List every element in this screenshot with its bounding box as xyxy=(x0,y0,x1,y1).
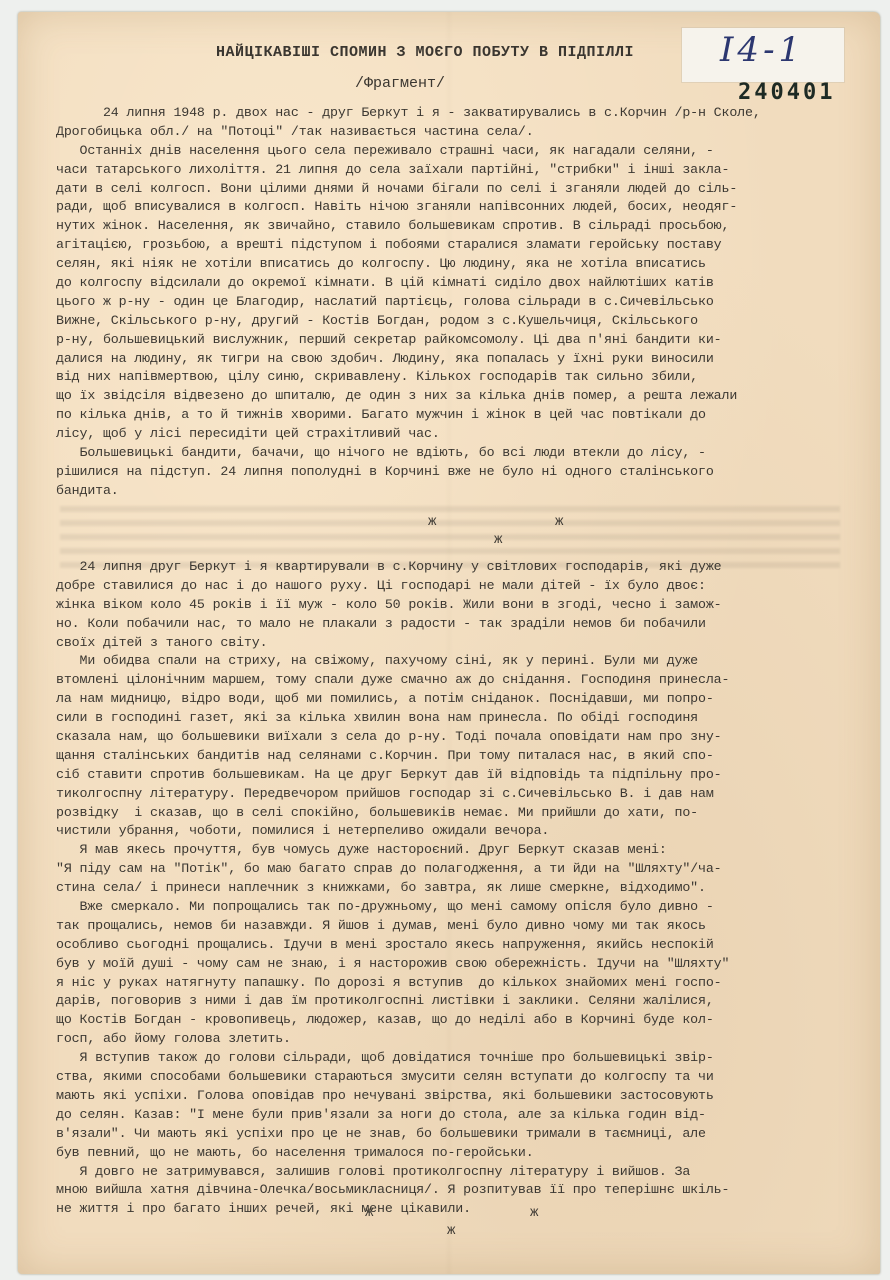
text-line: бандита. xyxy=(56,482,890,501)
text-line: що їх звідсіля відвезено до шпиталю, де … xyxy=(56,387,890,406)
text-line: ла нам мидницю, відро води, щоб ми помил… xyxy=(56,690,890,709)
text-line: до селян. Казав: "І мене були прив'язали… xyxy=(56,1106,890,1125)
text-line: був певний, що не мають, бо населення тр… xyxy=(56,1144,890,1163)
text-line: Дрогобицька обл./ на "Потоці" /так назив… xyxy=(56,123,890,142)
text-line: сили в господині газет, які за кілька хв… xyxy=(56,709,890,728)
text-line: добре ставилися до нас і до нашого руху.… xyxy=(56,577,890,596)
text-line: дати в селі колгосп. Вони цілими днями й… xyxy=(56,180,890,199)
text-line: в'язали". Чи мають які успіхи про це не … xyxy=(56,1125,890,1144)
text-line: до колгоспу відсилали до окремої кімнати… xyxy=(56,274,890,293)
archive-label: І4-1 xyxy=(720,30,804,70)
text-line: втомлені цілонічним маршем, тому спали д… xyxy=(56,671,890,690)
text-line: Останніх днів населення цього села переж… xyxy=(56,142,890,161)
text-line: цього ж р-ну - один це Благодир, наслати… xyxy=(56,293,890,312)
text-line: Вже смеркало. Ми попрощались так по-друж… xyxy=(56,898,890,917)
text-line: від них напівмертвою, цілу синю, скривав… xyxy=(56,368,890,387)
text-line: дарів, поговорив з ними і дав їм протико… xyxy=(56,992,890,1011)
body-text-part1: 24 липня 1948 р. двох нас - друг Беркут … xyxy=(56,104,890,501)
text-line: я ніс у руках натягнуту папашку. По доро… xyxy=(56,974,890,993)
text-line: особливо сьогодні прощались. Ідучи в мен… xyxy=(56,936,890,955)
text-line: Ми обидва спали на стриху, на свіжому, п… xyxy=(56,652,890,671)
text-line: розвідку і сказав, що в селі спокійно, б… xyxy=(56,804,890,823)
text-line: Я вступив також до голови сільради, щоб … xyxy=(56,1049,890,1068)
text-line: щання сталінських бандитів над селянами … xyxy=(56,747,890,766)
text-line: далися на людину, як тигри на свою здоби… xyxy=(56,350,890,369)
text-line: жінка віком коло 45 років і її муж - кол… xyxy=(56,596,890,615)
text-line: чистили убрання, чоботи, помилися і нете… xyxy=(56,822,890,841)
document-title: НАЙЦІКАВІШІ СПОМИН З МОЄГО ПОБУТУ В ПІДП… xyxy=(195,44,655,61)
text-line: мають які успіхи. Голова оповідав про не… xyxy=(56,1087,890,1106)
separator-star: ж xyxy=(447,1223,455,1239)
text-line: нутих жінок. Населення, як звичайно, ста… xyxy=(56,217,890,236)
text-line: тиколгоспну літературу. Передвечором при… xyxy=(56,785,890,804)
text-line: мною вийшла хатня дівчина-Олечка/восьмик… xyxy=(56,1181,890,1200)
text-line: часи татарського лихоліття. 21 липня до … xyxy=(56,161,890,180)
text-line: ради, щоб вписувалися в колгосп. Навіть … xyxy=(56,198,890,217)
text-line: Большевицькі бандити, бачачи, що нічого … xyxy=(56,444,890,463)
text-line: Я довго не затримувався, залишив голові … xyxy=(56,1163,890,1182)
text-line: "Я піду сам на "Потік", бо маю багато сп… xyxy=(56,860,890,879)
text-line: що Костів Богдан - кровопивець, людожер,… xyxy=(56,1011,890,1030)
separator-star: ж xyxy=(365,1205,373,1221)
text-line: був у моїй душі - чому сам не знаю, і я … xyxy=(56,955,890,974)
text-line: не життя і про багато інших речей, які м… xyxy=(56,1200,890,1219)
text-line: своїх дітей з таного світу. xyxy=(56,634,890,653)
text-line: Вижне, Скільського р-ну, другий - Костів… xyxy=(56,312,890,331)
text-line: но. Коли побачили нас, то мало не плакал… xyxy=(56,615,890,634)
text-line: селян, які ніяк не хотіли вписатись до к… xyxy=(56,255,890,274)
text-line: 24 липня 1948 р. двох нас - друг Беркут … xyxy=(56,104,890,123)
text-line: так прощались, немов би назавжди. Я йшов… xyxy=(56,917,890,936)
text-line: по кілька днів, а то й тижнів хворими. Б… xyxy=(56,406,890,425)
text-line: лісу, щоб у лісі пересидіти цей страхітл… xyxy=(56,425,890,444)
text-line: госп, або йому голова злетить. xyxy=(56,1030,890,1049)
text-line: сказала нам, що большевики виїхали з сел… xyxy=(56,728,890,747)
separator-star: ж xyxy=(428,514,436,530)
separator-star: ж xyxy=(494,532,502,548)
text-line: агітацією, грозьбою, а врешті підступом … xyxy=(56,236,890,255)
body-text-part2: 24 липня друг Беркут і я квартирували в … xyxy=(56,558,890,1219)
text-line: 24 липня друг Беркут і я квартирували в … xyxy=(56,558,890,577)
text-line: Я мав якесь прочуття, був чомусь дуже на… xyxy=(56,841,890,860)
separator-star: ж xyxy=(555,514,563,530)
text-line: рішилися на підступ. 24 липня пополудні … xyxy=(56,463,890,482)
separator-star: ж xyxy=(530,1205,538,1221)
text-line: ства, якими способами большевики старают… xyxy=(56,1068,890,1087)
text-line: р-ну, большевицький вислужник, перший се… xyxy=(56,331,890,350)
document-subtitle: /Фрагмент/ xyxy=(330,75,470,92)
archive-number: 240401 xyxy=(738,80,835,105)
text-line: стина села/ і принеси наплечник з книжка… xyxy=(56,879,890,898)
text-line: сіб ставити спротив большевикам. На це д… xyxy=(56,766,890,785)
